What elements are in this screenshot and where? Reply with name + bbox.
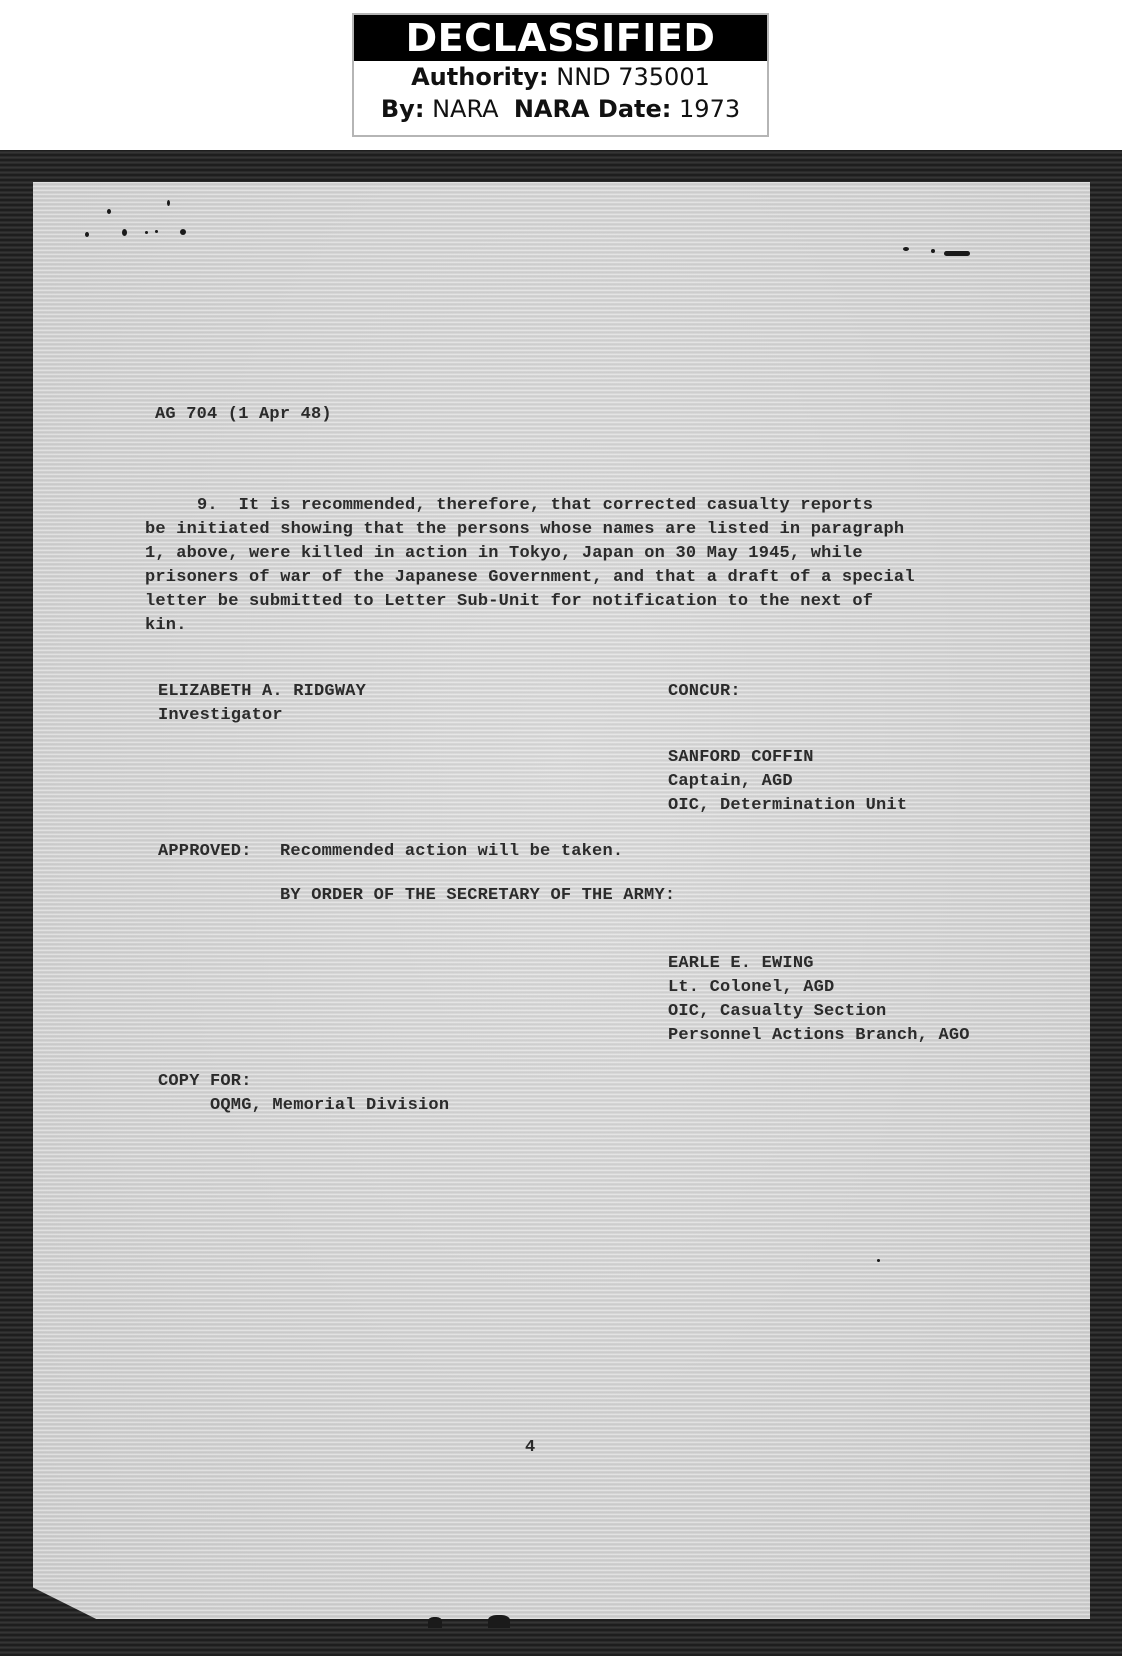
paragraph-line: 1, above, were killed in action in Tokyo… (145, 542, 945, 566)
page-edge-tab (428, 1617, 442, 1628)
ink-speck (903, 247, 909, 251)
paragraph-line: kin. (145, 614, 945, 638)
concur-position: OIC, Determination Unit (668, 794, 907, 818)
concur-label: CONCUR: (668, 680, 741, 704)
signatory-position: OIC, Casualty Section (668, 1000, 886, 1024)
reference-number: AG 704 (1 Apr 48) (155, 403, 332, 427)
paragraph-line: 9. It is recommended, therefore, that co… (145, 494, 945, 518)
declassified-stamp: DECLASSIFIED Authority: NND 735001 By: N… (352, 13, 769, 137)
ink-speck (931, 249, 935, 253)
signatory-name: EARLE E. EWING (668, 952, 814, 976)
ink-speck (877, 1259, 880, 1262)
ink-speck (180, 229, 186, 235)
authority-value: NND 735001 (556, 63, 710, 91)
approved-label: APPROVED: (158, 840, 252, 864)
by-label: By: (381, 95, 425, 123)
signatory-rank: Lt. Colonel, AGD (668, 976, 834, 1000)
date-label: NARA Date: (514, 95, 672, 123)
concur-rank: Captain, AGD (668, 770, 793, 794)
approved-text: Recommended action will be taken. (280, 840, 623, 864)
order-line: BY ORDER OF THE SECRETARY OF THE ARMY: (280, 884, 675, 908)
date-value: 1973 (679, 95, 740, 123)
paragraph-line: prisoners of war of the Japanese Governm… (145, 566, 945, 590)
ink-speck (167, 200, 170, 206)
ink-speck (145, 231, 148, 234)
copy-for-recipient: OQMG, Memorial Division (210, 1094, 449, 1118)
stamp-title: DECLASSIFIED (354, 15, 767, 61)
ink-speck (85, 232, 89, 237)
by-value: NARA (432, 95, 499, 123)
copy-for-label: COPY FOR: (158, 1070, 252, 1094)
signatory-branch: Personnel Actions Branch, AGO (668, 1024, 970, 1048)
concur-name: SANFORD COFFIN (668, 746, 814, 770)
ink-speck (122, 229, 127, 236)
page-number: 4 (525, 1436, 535, 1460)
page-edge-tab (488, 1615, 510, 1628)
stamp-authority: Authority: NND 735001 (354, 61, 767, 93)
authority-label: Authority: (411, 63, 548, 91)
investigator-title: Investigator (158, 704, 283, 728)
ink-speck (107, 209, 111, 214)
stamp-by-date: By: NARA NARA Date: 1973 (354, 93, 767, 125)
paragraph-line: letter be submitted to Letter Sub-Unit f… (145, 590, 945, 614)
ink-speck (155, 230, 158, 233)
investigator-name: ELIZABETH A. RIDGWAY (158, 680, 366, 704)
ink-speck (944, 251, 970, 256)
paragraph-line: be initiated showing that the persons wh… (145, 518, 945, 542)
